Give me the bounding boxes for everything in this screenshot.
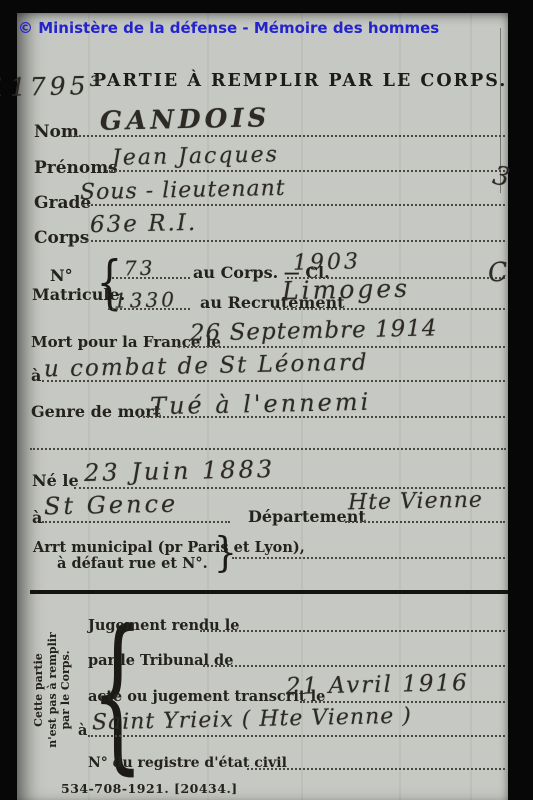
side-note-line: Cette partie: [32, 615, 46, 765]
matricule-lieu-recrutement: Limoges: [282, 274, 411, 306]
dotted-line: [345, 521, 505, 523]
field-nom-label: Nom: [34, 122, 79, 142]
field-prenoms-label: Prénoms: [34, 158, 118, 178]
arrondissement-label-1: Arrt municipal (pr Paris et Lyon),: [33, 539, 305, 556]
paper-fold-line: [470, 13, 472, 800]
side-note-line: par le Corps.: [59, 615, 73, 765]
dotted-line: [178, 346, 505, 348]
dotted-line: [42, 521, 230, 523]
dotted-line: [88, 735, 505, 737]
ne-a-value: St Gence: [44, 490, 179, 521]
field-corps-label: Corps: [34, 228, 89, 248]
side-note-line: n'est pas à remplir: [46, 615, 60, 765]
dotted-line: [274, 308, 505, 310]
card-title: PARTIE À REMPLIR PAR LE CORPS.: [93, 71, 507, 91]
dotted-line: [300, 701, 505, 703]
matricule-classe: 1903: [293, 249, 362, 275]
ne-le-value: 23 Juin 1883: [84, 455, 276, 487]
field-matricule-label-no: N°: [50, 266, 73, 285]
dotted-separator: [30, 448, 506, 450]
watermark-copyright: © Ministère de la défense - Mémoire des …: [18, 19, 439, 37]
print-reference: 534-708-1921. [20434.]: [61, 781, 238, 796]
dotted-line: [200, 630, 505, 632]
edge-ink-mark: C: [486, 257, 509, 289]
side-note-rotated: Cette partie n'est pas à remplir par le …: [32, 615, 78, 765]
ne-a-label: à: [32, 508, 42, 527]
dotted-line: [86, 240, 505, 242]
ne-le-label: Né le: [32, 471, 79, 490]
dotted-line: [106, 170, 505, 172]
field-corps-value: 63e R.I.: [90, 210, 198, 238]
dotted-line: [108, 308, 190, 310]
transcrit-a-label: à: [78, 722, 87, 739]
arrondissement-brace: }: [214, 532, 237, 576]
genre-mort-value: Tué à l'ennemi: [150, 388, 372, 421]
field-nom-value: GANDOIS: [100, 103, 271, 137]
dotted-line: [247, 768, 505, 770]
departement-value: Hte Vienne: [348, 488, 483, 516]
genre-mort-label: Genre de mort: [31, 402, 161, 421]
handwritten-stamp-number: 11795³: [0, 71, 102, 102]
mort-le-value: 26 Septembre 1914: [190, 315, 438, 346]
field-prenoms-value: Jean Jacques: [112, 142, 279, 170]
dotted-line: [112, 277, 190, 279]
dotted-line: [82, 204, 505, 206]
field-grade-value: Sous - lieutenant: [80, 176, 286, 205]
dotted-line: [203, 665, 505, 667]
transcrit-value: 21 Avril 1916: [286, 670, 469, 700]
dotted-line: [232, 557, 505, 559]
mort-a-label: à: [31, 366, 41, 385]
arrondissement-label-2: à défaut rue et N°.: [57, 555, 208, 572]
